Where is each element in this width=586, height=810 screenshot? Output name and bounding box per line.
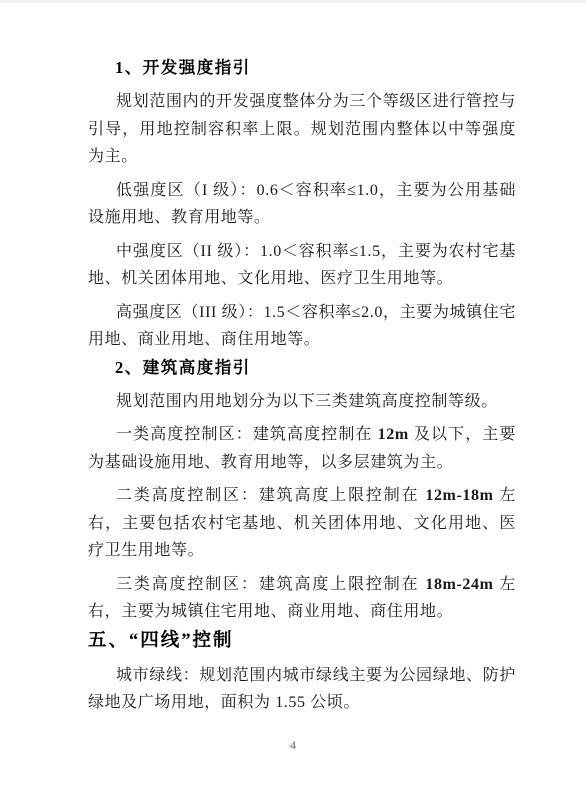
document-body: 1、开发强度指引规划范围内的开发强度整体分为三个等级区进行管控与引导，用地控制容… bbox=[88, 54, 516, 717]
page-top-edge bbox=[0, 0, 586, 3]
measure-value: 12m bbox=[378, 426, 409, 443]
paragraph-text: 规划范围内的开发强度整体分为三个等级区进行管控与引导，用地控制容积率上限。规划范… bbox=[88, 93, 516, 165]
paragraph: 城市绿线：规划范围内城市绿线主要为公园绿地、防护绿地及广场用地，面积为 1.55… bbox=[88, 662, 516, 717]
measure-value: 12m-18m bbox=[425, 487, 493, 504]
paragraph: 高强度区（III 级）：1.5＜容积率≤2.0，主要为城镇住宅用地、商业用地、商… bbox=[88, 299, 516, 354]
measure-value: 18m-24m bbox=[425, 576, 493, 593]
paragraph: 二类高度控制区：建筑高度上限控制在 12m-18m 左右，主要包括农村宅基地、机… bbox=[88, 482, 516, 565]
paragraph-text: 一类高度控制区：建筑高度控制在 bbox=[116, 426, 378, 443]
paragraph: 低强度区（I 级）：0.6＜容积率≤1.0，主要为公用基础设施用地、教育用地等。 bbox=[88, 177, 516, 232]
document-page: 1、开发强度指引规划范围内的开发强度整体分为三个等级区进行管控与引导，用地控制容… bbox=[0, 0, 586, 810]
paragraph-text: 高强度区（III 级）：1.5＜容积率≤2.0，主要为城镇住宅用地、商业用地、商… bbox=[88, 304, 516, 349]
subsection-heading: 2、建筑高度指引 bbox=[88, 354, 516, 382]
paragraph-text: 中强度区（II 级）：1.0＜容积率≤1.5，主要为农村宅基地、机关团体用地、文… bbox=[88, 243, 516, 288]
paragraph: 一类高度控制区：建筑高度控制在 12m 及以下，主要为基础设施用地、教育用地等，… bbox=[88, 421, 516, 476]
subsection-heading: 1、开发强度指引 bbox=[88, 54, 516, 82]
paragraph: 中强度区（II 级）：1.0＜容积率≤1.5，主要为农村宅基地、机关团体用地、文… bbox=[88, 238, 516, 293]
paragraph-text: 二类高度控制区：建筑高度上限控制在 bbox=[116, 487, 425, 504]
section-heading: 五、“四线”控制 bbox=[88, 626, 516, 656]
paragraph: 三类高度控制区：建筑高度上限控制在 18m-24m 左右，主要为城镇住宅用地、商… bbox=[88, 571, 516, 626]
paragraph-text: 低强度区（I 级）：0.6＜容积率≤1.0，主要为公用基础设施用地、教育用地等。 bbox=[88, 182, 516, 227]
paragraph: 规划范围内的开发强度整体分为三个等级区进行管控与引导，用地控制容积率上限。规划范… bbox=[88, 88, 516, 171]
paragraph-text: 三类高度控制区：建筑高度上限控制在 bbox=[116, 576, 425, 593]
paragraph-text: 规划范围内用地划分为以下三类建筑高度控制等级。 bbox=[116, 393, 498, 410]
page-footer: 4 bbox=[0, 736, 586, 754]
paragraph-text: 城市绿线：规划范围内城市绿线主要为公园绿地、防护绿地及广场用地，面积为 1.55… bbox=[88, 667, 516, 712]
page-number: 4 bbox=[290, 738, 296, 752]
paragraph: 规划范围内用地划分为以下三类建筑高度控制等级。 bbox=[88, 388, 516, 416]
